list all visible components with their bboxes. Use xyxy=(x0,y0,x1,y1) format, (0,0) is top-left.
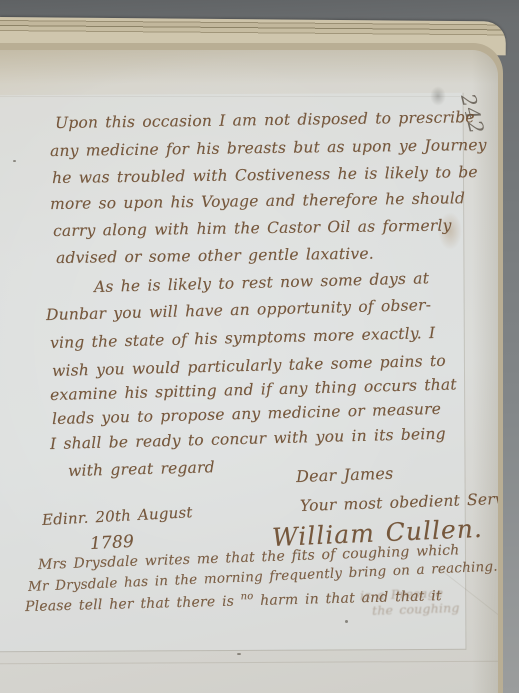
letter-line: with great regard xyxy=(68,458,215,480)
closing-address: Dear James xyxy=(296,464,394,486)
postscript-inserted-word: no xyxy=(240,591,253,602)
album-page: 242 Upon this occasion I am not disposed… xyxy=(0,50,498,693)
paper-speck xyxy=(13,160,16,162)
manuscript-photo: 242 Upon this occasion I am not disposed… xyxy=(0,0,519,693)
faded-ink-fragment: the coughing xyxy=(372,600,460,618)
gray-smudge xyxy=(430,86,446,106)
crease-line xyxy=(0,96,460,97)
crease-line xyxy=(0,661,498,665)
paper-speck xyxy=(237,653,241,655)
paper-speck xyxy=(345,620,348,623)
page-top-shading xyxy=(0,50,498,84)
dateline-year: 1789 xyxy=(89,532,134,554)
